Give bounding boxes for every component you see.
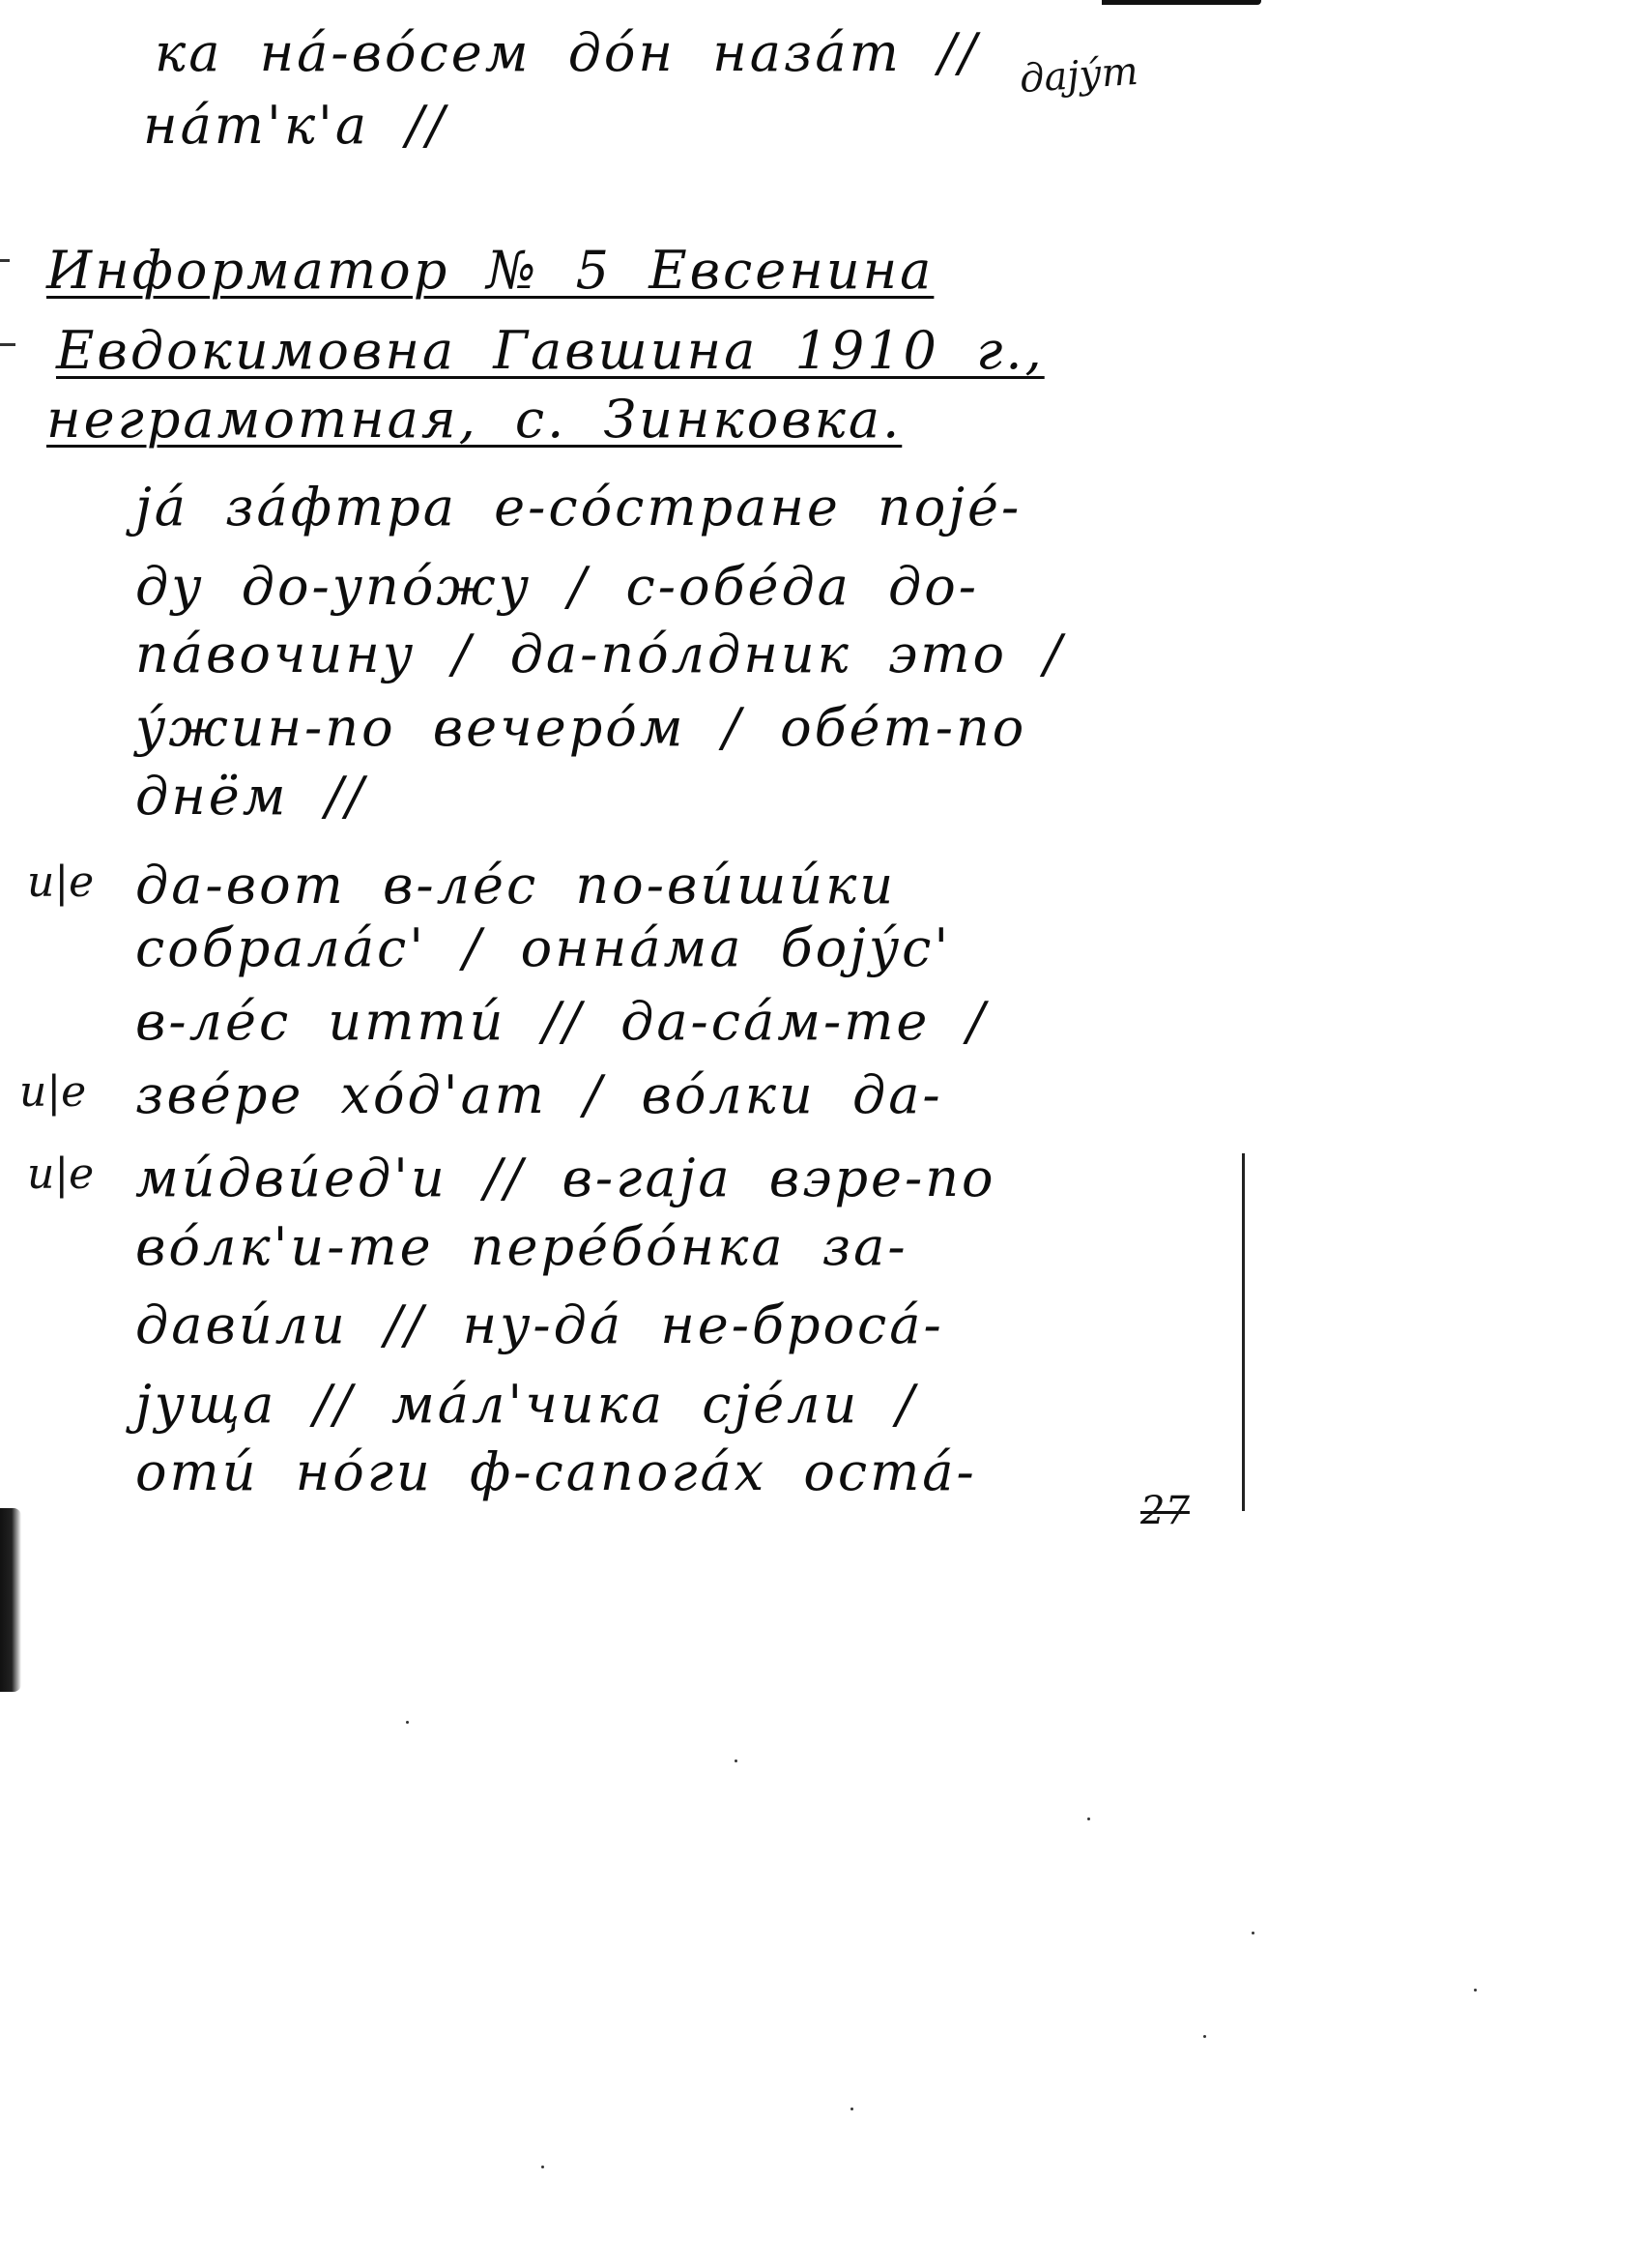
informant-header-line-3: неграмотная, с. Зинковка. (46, 391, 902, 449)
scan-speck (541, 2166, 544, 2168)
margin-tick (0, 259, 10, 262)
margin-note-text: и|е (27, 1149, 94, 1199)
margin-note-vowel-alternation: и|е (19, 1068, 86, 1117)
text-line: зве́ре хо́д'ат / во́лки да- (135, 1066, 943, 1124)
text-line: ми́дви́ед'и // в-гаја вэре-по (135, 1149, 996, 1207)
scan-speck (1474, 1989, 1477, 1992)
text-line: оти́ но́ги ф-сапога́х оста́- (135, 1443, 977, 1501)
right-margin-rule (1242, 1153, 1245, 1511)
top-edge-rule (1102, 0, 1261, 5)
scan-edge-artifact (0, 1508, 21, 1692)
continuation-line-1: ка на́-во́сем до́н наза́т // (155, 24, 979, 82)
scan-speck (1252, 1932, 1254, 1934)
page-number: 27 (1140, 1489, 1190, 1533)
scan-speck (735, 1759, 737, 1762)
text-line: ду до-упо́жу / с-обе́да до- (135, 558, 979, 616)
margin-note-vowel-alternation: и|е (27, 1150, 94, 1199)
text-line: па́вочину / да-по́лдник это / (135, 625, 1064, 683)
informant-header-line-1: Информатор № 5 Евсенина (46, 242, 934, 300)
manuscript-page: ка на́-во́сем до́н наза́т // дају́т на́т… (0, 0, 1643, 2268)
scan-speck (406, 1721, 409, 1724)
margin-note-text: и|е (19, 1067, 86, 1117)
text-line: в-ле́с итти́ // да-са́м-те / (135, 993, 988, 1051)
text-line: у́жин-по вечеро́м / обе́т-по (135, 699, 1026, 757)
text-line: собрала́с' / онна́ма боју́с' (135, 919, 951, 977)
margin-note-text: и|е (27, 858, 94, 907)
margin-note-vowel-alternation: и|е (27, 858, 94, 907)
scan-speck (1087, 1817, 1090, 1820)
margin-tick (0, 343, 15, 346)
text-line: во́лк'и-те пере́бо́нка за- (135, 1218, 908, 1276)
text-line: днём // (135, 768, 366, 826)
scan-speck (850, 2108, 853, 2110)
continuation-line-2: на́т'к'а // (143, 97, 447, 155)
text-line: ја́ за́фтра е-со́стране поје́- (135, 479, 1022, 537)
informant-header-line-2: Евдокимовна Гавшина 1910 г., (56, 322, 1045, 380)
superscript-correction: дају́т (1019, 49, 1140, 102)
text-line: да-вот в-ле́с по-ви́ши́ки (135, 857, 896, 915)
text-line: дави́ли // ну-да́ не-броса́- (135, 1296, 944, 1354)
text-line: јуща // ма́л'чика сје́ли / (135, 1376, 917, 1434)
scan-speck (1203, 2035, 1206, 2038)
